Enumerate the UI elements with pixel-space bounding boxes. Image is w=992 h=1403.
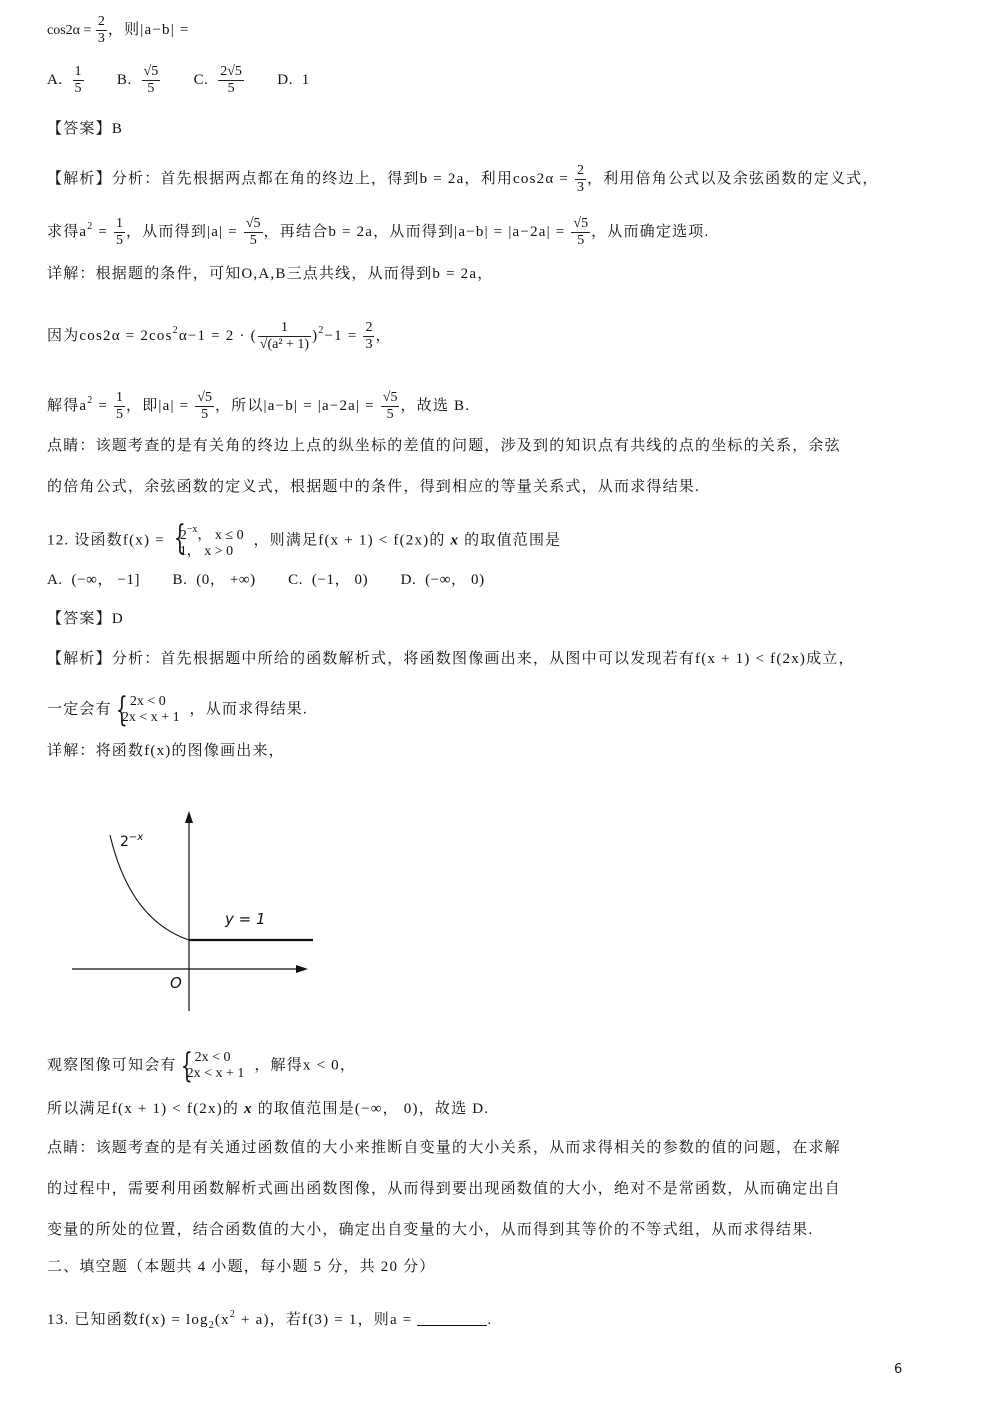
denominator: 3 xyxy=(575,180,586,196)
q12-observe: 观察图像可知会有2x < 02x < x + 1 ，解得x < 0， xyxy=(47,1050,356,1082)
option-label: A. xyxy=(47,72,63,88)
denominator: 5 xyxy=(73,81,84,97)
numerator: 2 xyxy=(96,14,107,31)
denominator: 5 xyxy=(114,233,125,249)
line-label: y = 1 xyxy=(225,910,266,928)
denominator: √(a² + 1) xyxy=(258,337,311,353)
text: ，即|a| = xyxy=(126,398,194,414)
text: ，从而得到|a| = xyxy=(126,224,243,240)
q12-option-a: A. (−∞， −1] xyxy=(47,570,140,590)
q12-comment-line2: 的过程中，需要利用函数解析式画出函数图像，从而得到要出现函数值的大小，绝对不是常… xyxy=(47,1179,841,1199)
q12-comment-line1: 点睛：该题考查的是有关通过函数值的大小来推断自变量的大小关系，从而求得相关的参数… xyxy=(47,1138,841,1158)
text: ，利用倍角公式以及余弦函数的定义式， xyxy=(587,171,879,187)
answer-value: B xyxy=(112,121,123,137)
option-label: D. xyxy=(401,572,417,588)
text: 13. 已知函数f(x) = log xyxy=(47,1312,209,1328)
q12-options: A. (−∞， −1] B. (0， +∞) C. (−1， 0) D. (−∞… xyxy=(47,570,513,590)
text: 12. 设函数f(x) = xyxy=(47,532,170,548)
option-label: B. xyxy=(117,72,132,88)
q11-comment-line1: 点睛：该题考查的是有关角的终边上点的纵坐标的差值的问题，涉及到的知识点有共线的点… xyxy=(47,436,841,456)
numerator: √5 xyxy=(381,390,400,407)
option-value: (−1， 0) xyxy=(312,572,368,588)
text: 分析：首先根据两点都在角的终边上，得到b = 2a，利用cos2α = xyxy=(112,171,574,187)
fraction: √55 xyxy=(142,64,161,97)
q11-option-a: A. 15 xyxy=(47,64,85,97)
denominator: 5 xyxy=(244,233,263,249)
inequality-1: 2x < 0 xyxy=(122,694,180,710)
curve-label: 2−x xyxy=(120,832,143,850)
q11-stem-prefix: cos2α = xyxy=(47,23,95,38)
text: + a)，若f(3) = 1，则a = xyxy=(236,1312,417,1328)
fraction: √55 xyxy=(381,390,400,423)
curve-2-pow-neg-x xyxy=(110,835,189,940)
numerator: √5 xyxy=(244,216,263,233)
text: ，则满足f(x + 1) < f(2x)的 xyxy=(253,532,450,548)
option-label: A. xyxy=(47,572,63,588)
text: = xyxy=(93,224,113,240)
fraction: √55 xyxy=(244,216,263,249)
text: 所以满足f(x + 1) < f(2x)的 xyxy=(47,1101,244,1117)
fraction: 15 xyxy=(114,390,125,423)
text: 解得a xyxy=(47,398,87,414)
option-label: B. xyxy=(173,572,188,588)
text: 2 xyxy=(180,528,187,543)
text: ，从而确定选项. xyxy=(591,224,709,240)
numerator: √5 xyxy=(142,64,161,81)
q11-options: A. 15 B. √55 C. 2√55 D. 1 xyxy=(47,64,338,97)
numerator: 2 xyxy=(575,163,586,180)
text: ，再结合b = 2a，从而得到|a−b| = |a−2a| = xyxy=(264,224,571,240)
numerator: 1 xyxy=(73,64,84,81)
fraction: 2√55 xyxy=(218,64,244,97)
text: 2 xyxy=(120,834,129,850)
option-label: D. xyxy=(277,72,293,88)
numerator: 2 xyxy=(363,320,374,337)
q11-analysis-line2: 求得a2 = 15，从而得到|a| = √55，再结合b = 2a，从而得到|a… xyxy=(47,216,709,249)
text: 观察图像可知会有 xyxy=(47,1057,177,1073)
q11-option-c: C. 2√55 xyxy=(194,64,245,97)
text: α−1 = 2 · ( xyxy=(179,328,257,344)
answer-blank[interactable] xyxy=(417,1311,487,1326)
text: (x xyxy=(215,1312,230,1328)
numerator: √5 xyxy=(571,216,590,233)
inequality-system: 2x < 02x < x + 1 xyxy=(177,1050,245,1082)
q12-analysis-line1: 【解析】分析：首先根据题中所给的函数解析式，将函数图像画出来，从图中可以发现若有… xyxy=(47,649,855,669)
piece-1: 2−x， x ≤ 0 xyxy=(180,522,244,544)
q12-option-b: B. (0， +∞) xyxy=(173,570,256,590)
q11-option-b: B. √55 xyxy=(117,64,161,97)
inequality-2: 2x < x + 1 xyxy=(187,1066,245,1082)
piecewise-definition: 2−x， x ≤ 01， x > 0 xyxy=(170,522,244,560)
superscript: −x xyxy=(129,832,143,843)
option-value: (0， +∞) xyxy=(196,572,256,588)
q11-stem-suffix: ，则|a−b| = xyxy=(108,22,190,38)
y-axis-arrow-icon xyxy=(185,811,193,823)
text: 的取值范围是(−∞， 0)，故选 D. xyxy=(253,1101,489,1117)
piece-2: 1， x > 0 xyxy=(180,544,244,560)
denominator: 5 xyxy=(114,407,125,423)
q12-conclusion: 所以满足f(x + 1) < f(2x)的 x 的取值范围是(−∞， 0)，故选… xyxy=(47,1099,489,1119)
q11-detail-line1: 详解：根据题的条件，可知O,A,B三点共线，从而得到b = 2a， xyxy=(47,264,493,284)
fraction: √55 xyxy=(571,216,590,249)
text: 分析：首先根据题中所给的函数解析式，将函数图像画出来，从图中可以发现若有f(x … xyxy=(112,651,855,667)
fraction: 23 xyxy=(363,320,374,353)
text: ， xyxy=(375,328,391,344)
denominator: 3 xyxy=(363,337,374,353)
q11-analysis-line1: 【解析】分析：首先根据两点都在角的终边上，得到b = 2a，利用cos2α = … xyxy=(47,163,879,196)
numerator: 1 xyxy=(258,320,311,337)
fraction: √55 xyxy=(195,390,214,423)
denominator: 5 xyxy=(142,81,161,97)
answer-value: D xyxy=(112,611,124,627)
page-number: 6 xyxy=(894,1362,902,1377)
text: 因为cos2α = 2cos xyxy=(47,328,173,344)
denominator: 5 xyxy=(195,407,214,423)
text: 求得a xyxy=(47,224,87,240)
fraction: 23 xyxy=(96,14,107,47)
numerator: 1 xyxy=(114,216,125,233)
text: ，所以|a−b| = |a−2a| = xyxy=(215,398,380,414)
text: ， x ≤ 0 xyxy=(197,528,243,543)
text: = xyxy=(93,398,113,414)
analysis-label: 【解析】 xyxy=(47,171,112,187)
numerator: 1 xyxy=(114,390,125,407)
q11-detail-line2: 因为cos2α = 2cos2α−1 = 2 · (1√(a² + 1))2−1… xyxy=(47,320,392,353)
q12-comment-line3: 变量的所处的位置，结合函数值的大小，确定出自变量的大小，从而得到其等价的不等式组… xyxy=(47,1220,813,1240)
graph-svg xyxy=(60,800,330,1020)
option-value: (−∞， 0) xyxy=(425,572,485,588)
denominator: 5 xyxy=(571,233,590,249)
function-graph: 2−x y = 1 O xyxy=(60,800,330,1025)
q12-stem: 12. 设函数f(x) = 2−x， x ≤ 01， x > 0 ，则满足f(x… xyxy=(47,522,561,560)
q12-detail-line1: 详解：将函数f(x)的图像画出来， xyxy=(47,741,285,761)
fraction: 15 xyxy=(114,216,125,249)
text: ，解得x < 0， xyxy=(254,1057,356,1073)
text: ，故选 B. xyxy=(400,398,470,414)
q11-option-d: D. 1 xyxy=(277,70,310,90)
origin-label: O xyxy=(170,974,182,992)
analysis-label: 【解析】 xyxy=(47,651,112,667)
text: 一定会有 xyxy=(47,701,112,717)
denominator: 3 xyxy=(96,31,107,47)
option-value: 1 xyxy=(302,72,310,88)
denominator: 5 xyxy=(381,407,400,423)
section-title: 二、填空题（本题共 4 小题，每小题 5 分，共 20 分） xyxy=(47,1257,436,1277)
text: −1 = xyxy=(325,328,363,344)
q11-answer: 【答案】B xyxy=(47,119,123,139)
fraction: 1√(a² + 1) xyxy=(258,320,311,353)
numerator: 2√5 xyxy=(218,64,244,81)
fraction: 15 xyxy=(73,64,84,97)
inequality-system: 2x < 02x < x + 1 xyxy=(112,694,180,726)
q13-stem: 13. 已知函数f(x) = log2(x2 + a)，若f(3) = 1，则a… xyxy=(47,1305,492,1336)
q12-option-d: D. (−∞， 0) xyxy=(401,570,485,590)
x-axis-arrow-icon xyxy=(296,965,308,973)
option-label: C. xyxy=(194,72,209,88)
variable-x: x xyxy=(244,1101,253,1117)
text: 的取值范围是 xyxy=(459,532,561,548)
variable-x: x xyxy=(451,532,460,548)
denominator: 5 xyxy=(218,81,244,97)
q11-detail-line3: 解得a2 = 15，即|a| = √55，所以|a−b| = |a−2a| = … xyxy=(47,390,470,423)
q12-answer: 【答案】D xyxy=(47,609,124,629)
answer-label: 【答案】 xyxy=(47,611,112,627)
inequality-2: 2x < x + 1 xyxy=(122,710,180,726)
answer-label: 【答案】 xyxy=(47,121,112,137)
superscript: −x xyxy=(187,524,198,535)
q11-comment-line2: 的倍角公式，余弦函数的定义式，根据题中的条件，得到相应的等量关系式，从而求得结果… xyxy=(47,477,700,497)
inequality-1: 2x < 0 xyxy=(187,1050,245,1066)
option-label: C. xyxy=(288,572,303,588)
numerator: √5 xyxy=(195,390,214,407)
text: . xyxy=(487,1312,492,1328)
text: ，从而求得结果. xyxy=(190,701,308,717)
q12-option-c: C. (−1， 0) xyxy=(288,570,368,590)
option-value: (−∞， −1] xyxy=(72,572,141,588)
fraction: 23 xyxy=(575,163,586,196)
q12-analysis-line2: 一定会有2x < 02x < x + 1 ，从而求得结果. xyxy=(47,694,308,726)
q11-stem: cos2α = 23，则|a−b| = xyxy=(47,14,190,47)
